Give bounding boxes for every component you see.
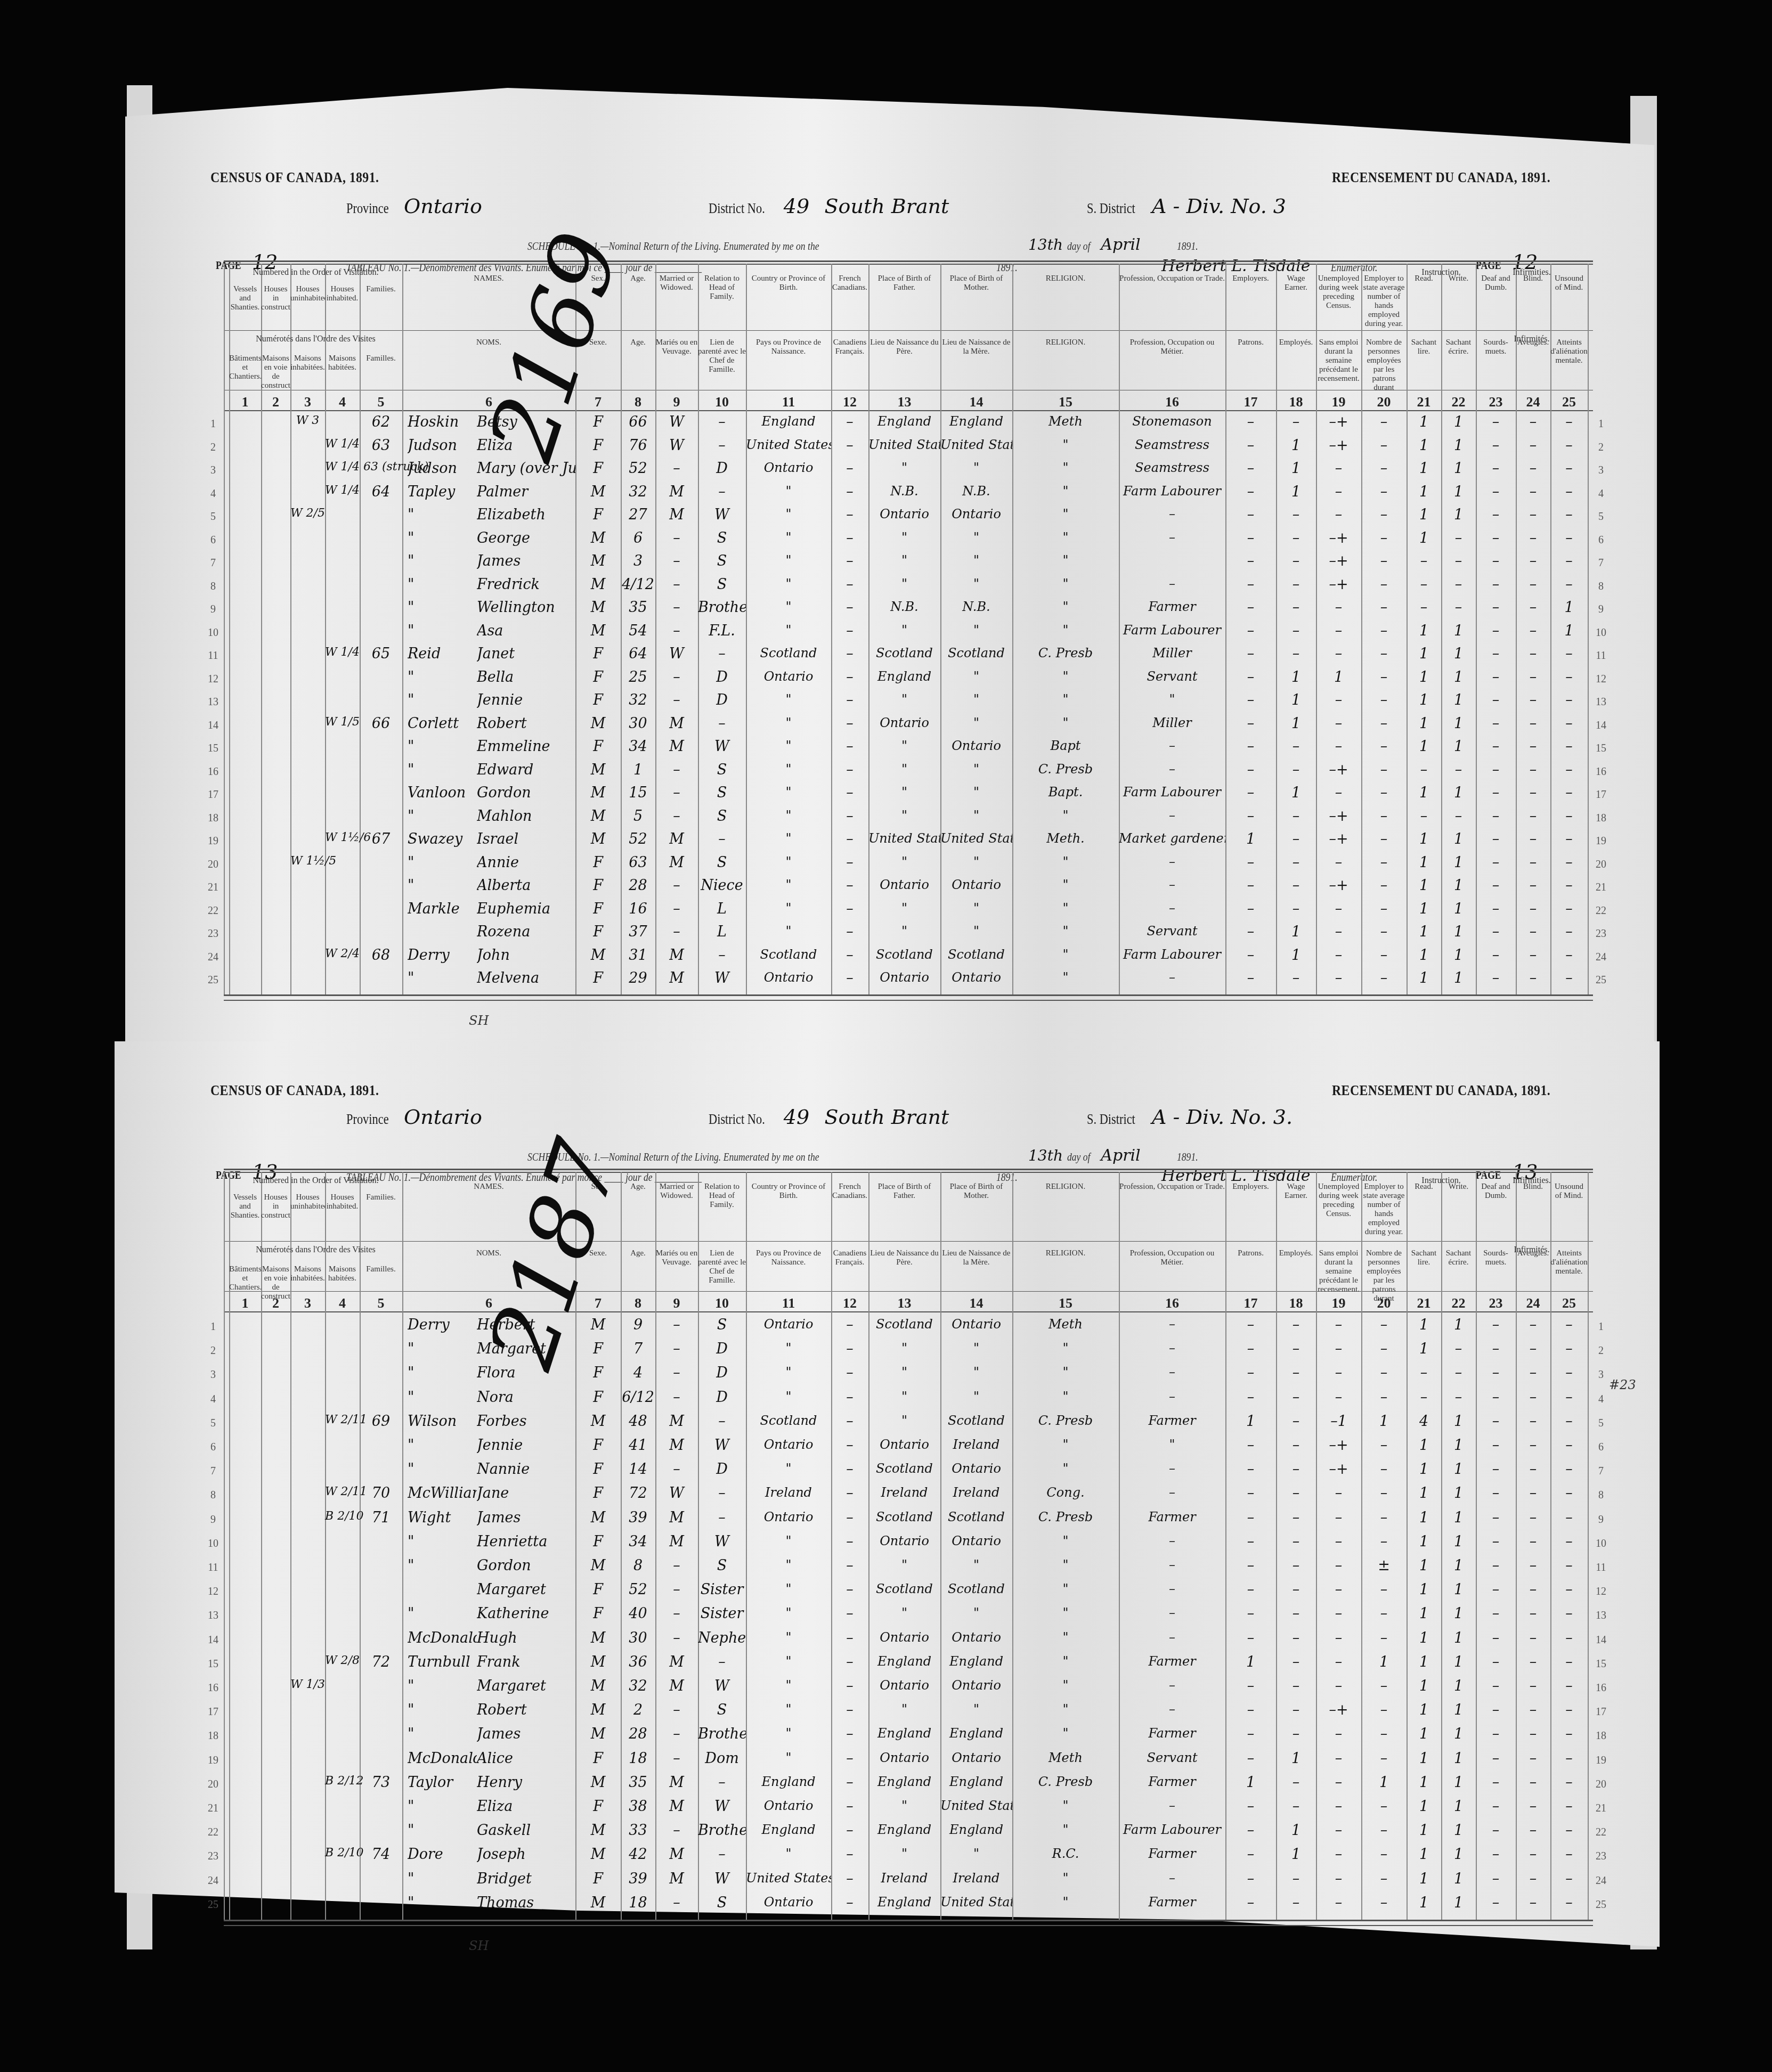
father-cell: " — [868, 623, 940, 638]
mar-cell: M — [655, 507, 698, 523]
row-number-right: 15 — [1593, 1658, 1609, 1670]
mar-cell: – — [655, 1605, 698, 1622]
c23-cell: – — [1476, 924, 1516, 940]
occ-cell: Servant — [1119, 924, 1225, 939]
sex-cell: M — [575, 1678, 621, 1694]
rel-cell: F.L. — [698, 623, 746, 639]
sex-cell: F — [575, 1437, 621, 1454]
age-cell: 4 — [621, 1365, 655, 1381]
c24-cell: – — [1516, 1485, 1550, 1502]
sex-cell: M — [575, 1702, 621, 1718]
c20-cell: 1 — [1361, 1413, 1407, 1430]
father-cell: Scotland — [868, 1581, 940, 1596]
c3-cell: W 2/5 — [290, 507, 325, 520]
c17-cell: – — [1225, 1485, 1276, 1502]
c22-cell: 1 — [1441, 785, 1476, 801]
mother-cell: Ontario — [940, 970, 1012, 985]
c24-cell: – — [1516, 623, 1550, 639]
column-number-bottom-rule — [224, 1311, 1593, 1312]
c4-cell: W 1/5 — [325, 715, 360, 729]
c25-cell: – — [1550, 692, 1588, 708]
row-number-left: 16 — [205, 766, 221, 778]
given-name-cell: Frank — [477, 1654, 575, 1670]
c22-cell: 1 — [1441, 669, 1476, 686]
given-name-cell: Bridget — [477, 1871, 575, 1887]
c5-cell: 74 — [360, 1846, 402, 1863]
c22-cell: 1 — [1441, 460, 1476, 477]
c23-cell: – — [1476, 669, 1516, 686]
column-header-fr-9: Mariés ou en Veuvage. — [655, 338, 698, 391]
c24-cell: – — [1516, 553, 1550, 569]
c18-cell: – — [1276, 1702, 1316, 1718]
father-cell: Ontario — [868, 970, 940, 985]
mar-cell: – — [655, 762, 698, 778]
c25-cell: – — [1550, 1750, 1588, 1767]
column-header-25: Unsound of Mind. — [1550, 274, 1588, 330]
c19-cell: – — [1316, 460, 1361, 477]
c4-cell: B 2/12 — [325, 1774, 360, 1788]
mar-cell: – — [655, 530, 698, 546]
c19-cell: – — [1316, 1557, 1361, 1574]
rel-cell: – — [698, 947, 746, 964]
rel-cell: W — [698, 1798, 746, 1815]
age-cell: 27 — [621, 507, 655, 523]
sex-cell: F — [575, 1581, 621, 1598]
mar-cell: M — [655, 738, 698, 755]
sex-cell: F — [575, 692, 621, 708]
c17-cell: – — [1225, 1895, 1276, 1911]
row-number-left: 21 — [205, 882, 221, 894]
religion-cell: " — [1012, 623, 1119, 638]
occ-cell: Farm Labourer — [1119, 785, 1225, 800]
given-name-cell: Bella — [477, 669, 575, 686]
c20-cell: – — [1361, 437, 1407, 454]
column-header-fr-15: RELIGION. — [1012, 338, 1119, 391]
mar-cell: M — [655, 1437, 698, 1454]
rel-cell: – — [698, 1485, 746, 1502]
mother-cell: " — [940, 1557, 1012, 1572]
fc-cell: – — [831, 1895, 868, 1911]
surname-cell: " — [408, 623, 477, 639]
surname-cell: Turnbull — [408, 1654, 477, 1670]
instruction-group-header: Instruction. — [1407, 1176, 1476, 1185]
c24-cell: – — [1516, 1389, 1550, 1406]
row-number-right: 3 — [1593, 464, 1609, 477]
c21-cell: 1 — [1407, 947, 1441, 964]
column-header-21: Read. — [1407, 274, 1441, 330]
age-cell: 30 — [621, 715, 655, 732]
table-row: 99B 2/1071WightJamesM39M–Ontario–Scotlan… — [0, 1508, 1772, 1532]
c17-cell: 1 — [1225, 1774, 1276, 1791]
mother-cell: " — [940, 1702, 1012, 1717]
religion-cell: " — [1012, 437, 1119, 452]
occ-cell: – — [1119, 1461, 1225, 1476]
fc-cell: – — [831, 1774, 868, 1791]
c22-cell: 1 — [1441, 901, 1476, 917]
c22-cell: 1 — [1441, 646, 1476, 662]
given-name-cell: Janet — [477, 646, 575, 662]
rel-cell: – — [698, 1774, 746, 1791]
occ-cell: Seamstress — [1119, 460, 1225, 475]
c24-cell: – — [1516, 1317, 1550, 1333]
sex-cell: F — [575, 738, 621, 755]
c20-cell: – — [1361, 1702, 1407, 1718]
table-row: 44"NoraF6/12–D"–"""–––––––––– — [0, 1388, 1772, 1412]
c5-cell: 67 — [360, 831, 402, 847]
c25-cell: – — [1550, 738, 1588, 755]
birth-cell: Ontario — [746, 1510, 831, 1524]
enum-day: 13th — [1028, 236, 1063, 254]
row-number-right: 6 — [1593, 1441, 1609, 1454]
age-cell: 18 — [621, 1895, 655, 1911]
given-name-cell: Henrietta — [477, 1533, 575, 1550]
enumerator-field: Herbert L. Tisdale Enumerator. — [1161, 256, 1389, 276]
sub-district-label: S. District — [1087, 200, 1135, 217]
birth-cell: Scotland — [746, 947, 831, 962]
c22-cell: 1 — [1441, 1871, 1476, 1887]
age-cell: 29 — [621, 970, 655, 986]
c18-cell: – — [1276, 507, 1316, 523]
table-row: 44W 1/464TapleyPalmerM32M–"–N.B.N.B."Far… — [0, 483, 1772, 506]
given-name-cell: Eliza — [477, 1798, 575, 1815]
fc-cell: – — [831, 947, 868, 964]
row-number-left: 15 — [205, 1658, 221, 1670]
row-number-right: 17 — [1593, 1706, 1609, 1718]
census-title-fr: RECENSEMENT DU CANADA, 1891. — [1332, 169, 1550, 186]
c24-cell: – — [1516, 1750, 1550, 1767]
c22-cell: 1 — [1441, 1798, 1476, 1815]
row-number-right: 18 — [1593, 812, 1609, 825]
sex-cell: F — [575, 1389, 621, 1406]
fc-cell: – — [831, 1485, 868, 1502]
district-number: 49 — [784, 1105, 809, 1129]
c25-cell: – — [1550, 507, 1588, 523]
surname-cell: " — [408, 738, 477, 755]
c20-cell: 1 — [1361, 1774, 1407, 1791]
c22-cell: – — [1441, 599, 1476, 616]
c21-cell: 1 — [1407, 1822, 1441, 1839]
given-name-cell: Rozena — [477, 924, 575, 940]
age-cell: 6 — [621, 530, 655, 546]
table-row: 2121"ElizaF38MWOntario–"United States"––… — [0, 1797, 1772, 1821]
column-number-9: 9 — [655, 394, 698, 410]
visitation-group-header-fr: Numérotés dans l'Ordre des Visites — [229, 335, 402, 344]
visitation-group-header: Numbered in the Order of Visitation. — [229, 268, 402, 277]
occ-cell: – — [1119, 507, 1225, 521]
sex-cell: F — [575, 1485, 621, 1502]
c21-cell: 1 — [1407, 1871, 1441, 1887]
row-number-right: 2 — [1593, 442, 1609, 454]
fc-cell: – — [831, 484, 868, 500]
occ-cell: – — [1119, 1485, 1225, 1500]
c20-cell: – — [1361, 1895, 1407, 1911]
c22-cell: 1 — [1441, 1557, 1476, 1574]
column-header-1: Vessels and Shanties. — [229, 285, 261, 328]
mar-cell: M — [655, 1798, 698, 1815]
fc-cell: – — [831, 1461, 868, 1478]
row-number-left: 20 — [205, 859, 221, 871]
column-header-18: Wage Earner. — [1276, 1182, 1316, 1238]
mother-cell: " — [940, 1389, 1012, 1404]
father-cell: Scotland — [868, 1461, 940, 1476]
c19-cell: – — [1316, 1341, 1361, 1357]
row-number-right: 20 — [1593, 859, 1609, 871]
c23-cell: – — [1476, 507, 1516, 523]
fc-cell: – — [831, 1726, 868, 1742]
surname-cell: Derry — [408, 1317, 477, 1333]
column-number-9: 9 — [655, 1295, 698, 1311]
table-row: 1212"BellaF25–DOntario–England""Servant–… — [0, 668, 1772, 691]
c19-cell: – — [1316, 1871, 1361, 1887]
c20-cell: – — [1361, 1871, 1407, 1887]
fc-cell: – — [831, 530, 868, 546]
row-number-left: 8 — [205, 1489, 221, 1502]
religion-cell: " — [1012, 1630, 1119, 1645]
father-cell: England — [868, 669, 940, 684]
c18-cell: – — [1276, 1317, 1316, 1333]
given-name-cell: John — [477, 947, 575, 964]
day-of-label: day of — [1067, 1150, 1091, 1164]
row-number-right: 15 — [1593, 743, 1609, 755]
table-row: 33"FloraF4–D"–"""–––––––––– — [0, 1364, 1772, 1387]
father-cell: " — [868, 762, 940, 777]
fc-cell: – — [831, 414, 868, 430]
c5-cell: 73 — [360, 1774, 402, 1791]
c19-cell: – — [1316, 1510, 1361, 1526]
c21-cell: 1 — [1407, 1485, 1441, 1502]
c19-cell: –+ — [1316, 414, 1361, 430]
column-header-fr-3: Maisons inhabitées. — [290, 354, 325, 389]
c20-cell: – — [1361, 1581, 1407, 1598]
column-header-fr-10: Lien de parenté avec le Chef de Famille. — [698, 1249, 746, 1302]
age-cell: 76 — [621, 437, 655, 454]
sex-cell: F — [575, 901, 621, 917]
mar-cell: – — [655, 1630, 698, 1646]
sex-cell: F — [575, 1533, 621, 1550]
c22-cell: 1 — [1441, 437, 1476, 454]
given-name-cell: Jennie — [477, 692, 575, 708]
c19-cell: – — [1316, 738, 1361, 755]
father-cell: Scotland — [868, 646, 940, 660]
c21-cell: 1 — [1407, 1702, 1441, 1718]
surname-cell: " — [408, 1678, 477, 1694]
c5-cell: 65 — [360, 646, 402, 662]
column-number-12: 12 — [831, 1295, 868, 1311]
mother-cell: " — [940, 692, 1012, 707]
c23-cell: – — [1476, 1581, 1516, 1598]
father-cell: " — [868, 808, 940, 823]
c23-cell: – — [1476, 738, 1516, 755]
c21-cell: – — [1407, 808, 1441, 825]
side-margin-note: #23 — [1609, 1377, 1636, 1392]
column-header-fr-3: Maisons inhabitées. — [290, 1265, 325, 1300]
age-cell: 14 — [621, 1461, 655, 1478]
column-header-fr-19: Sans emploi durant la semaine précédant … — [1316, 338, 1361, 391]
surname-cell: " — [408, 1461, 477, 1478]
c24-cell: – — [1516, 507, 1550, 523]
c25-cell: – — [1550, 646, 1588, 662]
c18-cell: – — [1276, 1654, 1316, 1670]
row-number-right: 24 — [1593, 1875, 1609, 1887]
column-header-20: Employer to state average number of hand… — [1361, 274, 1407, 330]
column-header-10: Relation to Head of Family. — [698, 274, 746, 330]
c25-cell: – — [1550, 484, 1588, 500]
c21-cell: 1 — [1407, 1510, 1441, 1526]
c25-cell: – — [1550, 1654, 1588, 1670]
mother-cell: England — [940, 1774, 1012, 1789]
mother-cell: Ontario — [940, 877, 1012, 892]
enum-month: April — [1101, 235, 1140, 254]
given-name-cell: Edward — [477, 762, 575, 778]
column-header-24: Blind. — [1516, 274, 1550, 330]
fc-cell: – — [831, 646, 868, 662]
c18-cell: – — [1276, 808, 1316, 825]
given-name-cell: Elizabeth — [477, 507, 575, 523]
age-cell: 35 — [621, 1774, 655, 1791]
given-name-cell: Palmer — [477, 484, 575, 500]
religion-cell: " — [1012, 1822, 1119, 1837]
age-cell: 34 — [621, 1533, 655, 1550]
c19-cell: – — [1316, 1485, 1361, 1502]
column-number-bottom-rule — [224, 410, 1593, 411]
column-number-2: 2 — [261, 394, 290, 410]
c23-cell: – — [1476, 1365, 1516, 1381]
occ-cell: Farmer — [1119, 1510, 1225, 1524]
mar-cell: M — [655, 484, 698, 500]
rel-cell: D — [698, 1389, 746, 1406]
father-cell: " — [868, 576, 940, 591]
c19-cell: – — [1316, 599, 1361, 616]
father-cell: England — [868, 1774, 940, 1789]
column-header-15: RELIGION. — [1012, 274, 1119, 330]
c21-cell: 1 — [1407, 414, 1441, 430]
surname-cell: " — [408, 530, 477, 546]
fc-cell: – — [831, 623, 868, 639]
age-cell: 5 — [621, 808, 655, 825]
birth-cell: England — [746, 414, 831, 429]
row-number-left: 10 — [205, 1538, 221, 1550]
table-row: 1414McDonaldHughM30–Nephew"–OntarioOntar… — [0, 1629, 1772, 1652]
age-cell: 32 — [621, 1678, 655, 1694]
c23-cell: – — [1476, 414, 1516, 430]
mar-cell: M — [655, 715, 698, 732]
religion-cell: " — [1012, 669, 1119, 684]
column-number-1: 1 — [229, 394, 261, 410]
c3-cell: W 1/3 — [290, 1678, 325, 1691]
column-header-fr-4: Maisons habitées. — [325, 1265, 360, 1300]
c18-cell: – — [1276, 1798, 1316, 1815]
sex-cell: F — [575, 460, 621, 477]
mar-cell: M — [655, 1654, 698, 1670]
enum-year: 1891. — [1177, 239, 1198, 253]
age-cell: 8 — [621, 1557, 655, 1574]
c24-cell: – — [1516, 1895, 1550, 1911]
column-header-fr-12: Canadiens Français. — [831, 1249, 868, 1302]
c23-cell: – — [1476, 1533, 1516, 1550]
c24-cell: – — [1516, 947, 1550, 964]
table-top-rule — [224, 260, 1593, 262]
c17-cell: – — [1225, 1533, 1276, 1550]
c20-cell: – — [1361, 553, 1407, 569]
c21-cell: 1 — [1407, 785, 1441, 801]
given-name-cell: Robert — [477, 1702, 575, 1718]
religion-cell: " — [1012, 1581, 1119, 1596]
column-number-17: 17 — [1225, 1295, 1276, 1311]
c23-cell: – — [1476, 970, 1516, 986]
c23-cell: – — [1476, 1678, 1516, 1694]
province-label: Province — [346, 200, 389, 217]
c17-cell: – — [1225, 877, 1276, 894]
c4-cell: B 2/10 — [325, 1846, 360, 1859]
rel-cell: S — [698, 576, 746, 593]
column-header-12: French Canadians. — [831, 274, 868, 330]
sex-cell: M — [575, 808, 621, 825]
mother-cell: " — [940, 808, 1012, 823]
age-cell: 35 — [621, 599, 655, 616]
age-cell: 52 — [621, 1581, 655, 1598]
birth-cell: Ontario — [746, 1437, 831, 1452]
table-row: 22"MargaretF7–D"–"""–––––1–––– — [0, 1340, 1772, 1363]
rel-cell: L — [698, 901, 746, 917]
occ-cell: – — [1119, 808, 1225, 823]
column-header-fr-23: Sourds-muets. — [1476, 338, 1516, 391]
father-cell: England — [868, 1654, 940, 1669]
table-row: 1919McDonaldAliceF18–Dom"–OntarioOntario… — [0, 1749, 1772, 1773]
row-number-right: 16 — [1593, 766, 1609, 778]
row-number-left: 23 — [205, 1850, 221, 1863]
surname-cell: Wight — [408, 1510, 477, 1526]
c23-cell: – — [1476, 437, 1516, 454]
occ-cell: – — [1119, 1605, 1225, 1620]
birth-cell: England — [746, 1774, 831, 1789]
infirmities-group-header-fr: Infirmités. — [1476, 335, 1588, 344]
occ-cell: Seamstress — [1119, 437, 1225, 452]
table-bottom-rule-2 — [224, 1925, 1593, 1926]
fc-cell: – — [831, 599, 868, 616]
age-cell: 4/12 — [621, 576, 655, 593]
column-header-11: Country or Province of Birth. — [746, 274, 831, 330]
birth-cell: " — [746, 901, 831, 916]
birth-cell: " — [746, 507, 831, 521]
c19-cell: – — [1316, 970, 1361, 986]
c24-cell: – — [1516, 970, 1550, 986]
surname-cell: McDonald — [408, 1630, 477, 1646]
c21-cell: 1 — [1407, 1533, 1441, 1550]
c20-cell: – — [1361, 1750, 1407, 1767]
c5-cell: 62 — [360, 414, 402, 430]
surname-cell: " — [408, 1437, 477, 1454]
c18-cell: – — [1276, 901, 1316, 917]
given-name-cell: Gaskell — [477, 1822, 575, 1839]
c23-cell: – — [1476, 1702, 1516, 1718]
c23-cell: – — [1476, 692, 1516, 708]
column-header-fr-11: Pays ou Province de Naissance. — [746, 338, 831, 391]
father-cell: " — [868, 1605, 940, 1620]
c19-cell: – — [1316, 1822, 1361, 1839]
birth-cell: England — [746, 1822, 831, 1837]
c25-cell: – — [1550, 553, 1588, 569]
c19-cell: –+ — [1316, 437, 1361, 454]
visitation-group-header: Numbered in the Order of Visitation. — [229, 1176, 402, 1185]
given-name-cell: Thomas — [477, 1895, 575, 1911]
row-number-right: 8 — [1593, 581, 1609, 593]
father-cell: " — [868, 530, 940, 545]
c20-cell: – — [1361, 738, 1407, 755]
birth-cell: Scotland — [746, 646, 831, 660]
c23-cell: – — [1476, 808, 1516, 825]
c19-cell: –+ — [1316, 877, 1361, 894]
column-number-16: 16 — [1119, 394, 1225, 410]
